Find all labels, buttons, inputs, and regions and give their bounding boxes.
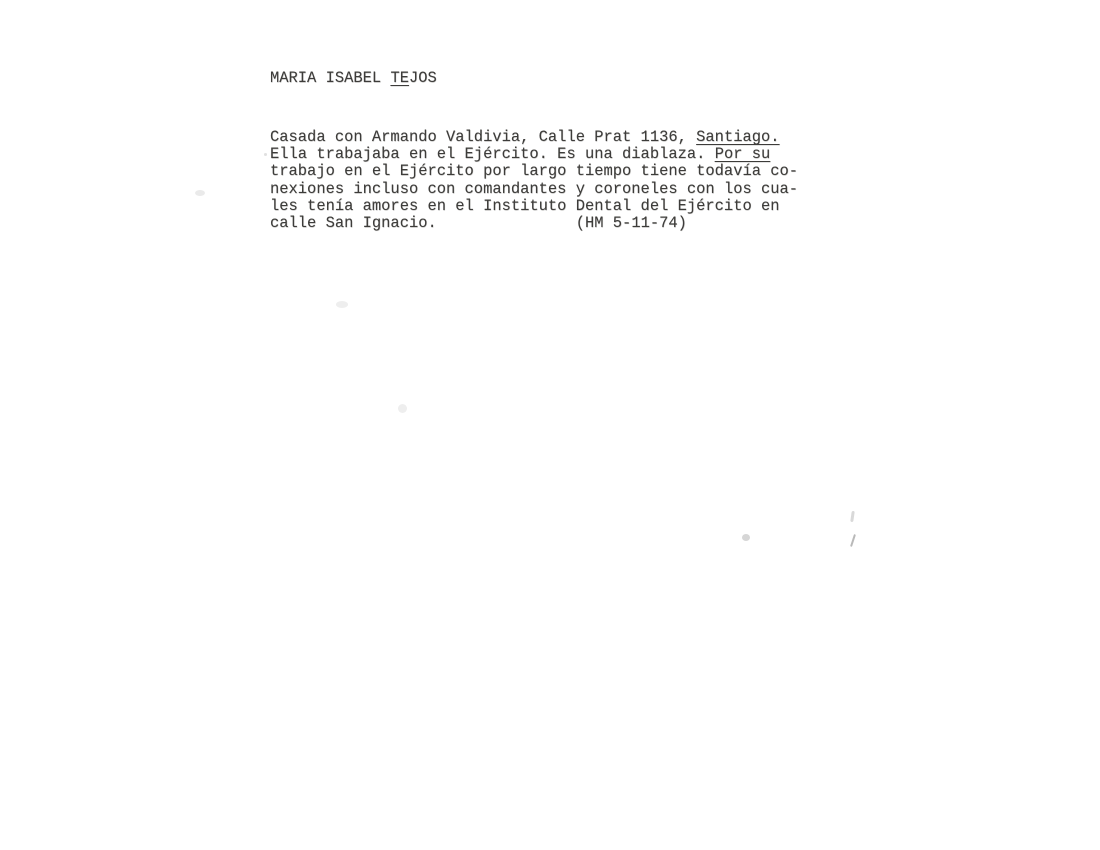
scan-speck [850,534,856,547]
underlined-text-segment: Por su [715,145,771,163]
scan-speck [742,534,750,541]
document-text-block: MARIA ISABEL TEJOS Casada con Armando Va… [270,36,798,267]
scan-speck [850,511,855,522]
text-segment: nexiones incluso con comandantes y coron… [270,180,798,198]
text-segment: (HM 5-11-74) [576,214,687,232]
text-segment: calle San Ignacio. [270,214,437,232]
scan-speck [195,190,205,196]
document-line: trabajo en el Ejército por largo tiempo … [270,163,798,180]
text-segment: JOS [409,69,437,87]
underlined-text-segment: TE [390,69,409,87]
text-segment: les tenía amores en el Instituto Dental … [270,197,780,215]
document-line: Ella trabajaba en el Ejército. Es una di… [270,146,798,163]
document-body: Casada con Armando Valdivia, Calle Prat … [270,129,798,232]
document-line: nexiones incluso con comandantes y coron… [270,181,798,198]
underlined-text-segment: Santiago. [696,128,779,146]
scan-speck [398,404,407,413]
document-line: Casada con Armando Valdivia, Calle Prat … [270,129,798,146]
text-segment: trabajo en el Ejército por largo tiempo … [270,162,798,180]
scanned-document-page: MARIA ISABEL TEJOS Casada con Armando Va… [0,0,1100,850]
document-line: calle San Ignacio. (HM 5-11-74) [270,215,798,232]
scan-speck [336,301,348,308]
text-segment: Casada con Armando Valdivia, Calle Prat … [270,128,696,146]
scan-speck [264,153,267,156]
text-segment [437,214,576,232]
text-segment: MARIA ISABEL [270,69,390,87]
document-title: MARIA ISABEL TEJOS [270,70,798,87]
document-line: les tenía amores en el Instituto Dental … [270,198,798,215]
text-segment: Ella trabajaba en el Ejército. Es una di… [270,145,715,163]
